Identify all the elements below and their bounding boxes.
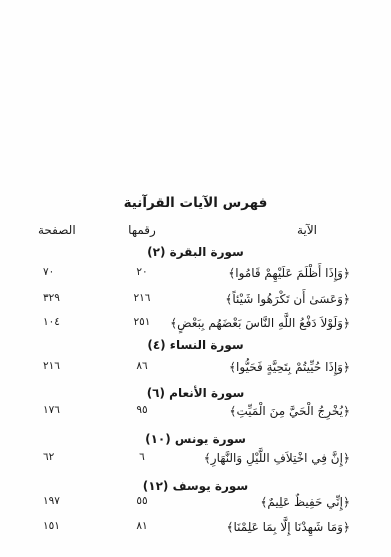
table-row: ٣٢٩ ٢١٦ ﴿وَعَسَىٰ أَن تَكْرَهُوا شَيْئاً…: [0, 292, 391, 314]
table-row: ١٥١ ٨١ ﴿وَمَا شَهِدْنَا إِلَّا بِمَا عَل…: [0, 520, 391, 542]
verse-cell: ﴿وَلَوْلاَ دَفْعُ اللَّهِ النَّاسَ بَعْض…: [170, 316, 350, 330]
verse-number-cell: ٢١٦: [116, 292, 168, 304]
page-number-cell: ٢١٦: [43, 360, 60, 372]
verse-number-cell: ٢٠: [116, 266, 168, 278]
verse-number-cell: ٩٥: [116, 404, 168, 416]
verse-number-cell: ٥٥: [116, 495, 168, 507]
column-header-page: الصفحة: [38, 223, 76, 237]
page-number-cell: ١٩٧: [43, 495, 60, 507]
verse-cell: ﴿يُخْرِجُ الْحَيَّ مِنَ الْمَيِّتِ﴾: [229, 404, 350, 418]
column-header-verse: الآية: [297, 223, 317, 237]
table-row: ٦٢ ٦ ﴿إِنَّ فِي اخْتِلاَفِ اللَّيْلِ وَا…: [0, 451, 391, 473]
verse-cell: ﴿إِنَّ فِي اخْتِلاَفِ اللَّيْلِ وَالنَّه…: [204, 451, 350, 465]
page-number-cell: ٦٢: [43, 451, 54, 463]
verse-number-cell: ٨٦: [116, 360, 168, 372]
verse-cell: ﴿وَعَسَىٰ أَن تَكْرَهُوا شَيْئاً﴾: [225, 292, 350, 306]
verse-number-cell: ٨١: [116, 520, 168, 532]
verse-cell: ﴿وَإِذَا حُيِّيتُمْ بِتَحِيَّةٍ فَحَيُّو…: [229, 360, 350, 374]
page-number-cell: ٧٠: [43, 266, 54, 278]
table-row: ١٩٧ ٥٥ ﴿إِنِّي حَفِيظٌ عَلِيمٌ﴾: [0, 495, 391, 517]
section-header-nisa: سورة النساء (٤): [0, 338, 391, 352]
verse-number-cell: ٢٥١: [116, 316, 168, 328]
table-row: ١٠٤ ٢٥١ ﴿وَلَوْلاَ دَفْعُ اللَّهِ النَّا…: [0, 316, 391, 338]
verse-cell: ﴿وَإِذَا أَظْلَمَ عَلَيْهِمْ قَامُوا﴾: [228, 266, 350, 280]
book-page: فهرس الآيات القرآنية الصفحة رقمها الآية …: [0, 0, 391, 557]
page-number-cell: ١٧٦: [43, 404, 60, 416]
column-header-row: الصفحة رقمها الآية: [0, 223, 391, 245]
page-title: فهرس الآيات القرآنية: [0, 195, 391, 211]
section-header-yusuf: سورة يوسف (١٢): [0, 479, 391, 493]
verse-cell: ﴿وَمَا شَهِدْنَا إِلَّا بِمَا عَلِمْنَا﴾: [226, 520, 350, 534]
section-header-baqarah: سورة البقرة (٢): [0, 245, 391, 259]
section-header-yunus: سورة يونس (١٠): [0, 432, 391, 446]
column-header-number: رقمها: [116, 223, 168, 237]
table-row: ٧٠ ٢٠ ﴿وَإِذَا أَظْلَمَ عَلَيْهِمْ قَامُ…: [0, 266, 391, 288]
page-number-cell: ١٠٤: [43, 316, 60, 328]
verse-number-cell: ٦: [116, 451, 168, 463]
section-header-anam: سورة الأنعام (٦): [0, 386, 391, 400]
table-row: ٢١٦ ٨٦ ﴿وَإِذَا حُيِّيتُمْ بِتَحِيَّةٍ ف…: [0, 360, 391, 382]
page-number-cell: ١٥١: [43, 520, 60, 532]
verse-cell: ﴿إِنِّي حَفِيظٌ عَلِيمٌ﴾: [260, 495, 350, 509]
page-number-cell: ٣٢٩: [43, 292, 60, 304]
table-row: ١٧٦ ٩٥ ﴿يُخْرِجُ الْحَيَّ مِنَ الْمَيِّت…: [0, 404, 391, 426]
